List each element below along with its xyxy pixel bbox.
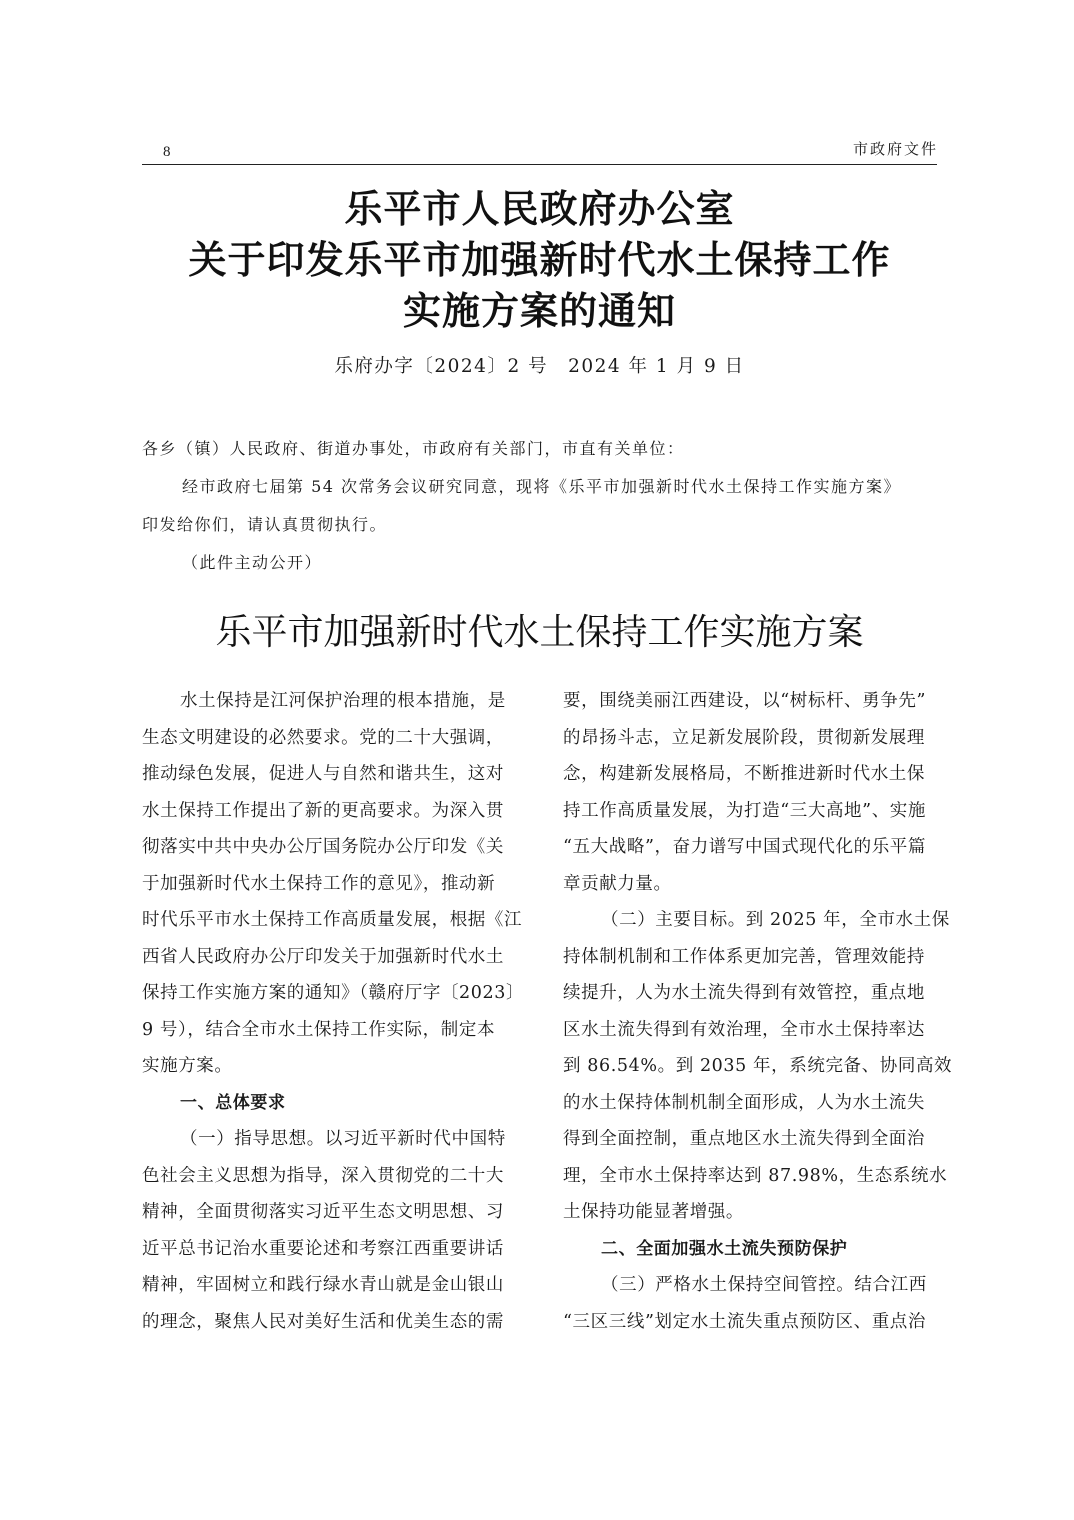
paragraph-line: 区水土流失得到有效治理，全市水土保持率达 bbox=[563, 1012, 943, 1049]
page-number: 8 bbox=[163, 144, 171, 161]
paragraph-line: 要，围绕美丽江西建设，以“树标杆、勇争先” bbox=[563, 683, 943, 720]
paragraph-line: （一）指导思想。以习近平新时代中国特 bbox=[142, 1121, 528, 1158]
paragraph-line: 保持工作实施方案的通知》（赣府厅字〔2023〕 bbox=[142, 975, 528, 1012]
section-heading: 二、全面加强水土流失预防保护 bbox=[563, 1231, 943, 1268]
disclosure-note: （此件主动公开） bbox=[142, 544, 942, 582]
paragraph-line: 念，构建新发展格局，不断推进新时代水土保 bbox=[563, 756, 943, 793]
paragraph-line: 生态文明建设的必然要求。党的二十大强调， bbox=[142, 720, 528, 757]
paragraph-line: 持工作高质量发展，为打造“三大高地”、实施 bbox=[563, 793, 943, 830]
notice-body-line: 印发给你们，请认真贯彻执行。 bbox=[142, 506, 942, 544]
paragraph-line: 到 86.54%。到 2035 年，系统完备、协同高效 bbox=[563, 1048, 943, 1085]
right-column: 要，围绕美丽江西建设，以“树标杆、勇争先”的昂扬斗志，立足新发展阶段，贯彻新发展… bbox=[563, 683, 943, 1340]
notice-title: 乐平市人民政府办公室 关于印发乐平市加强新时代水土保持工作 实施方案的通知 bbox=[142, 183, 937, 336]
paragraph-line: 时代乐平市水土保持工作高质量发展，根据《江 bbox=[142, 902, 528, 939]
notice-body-line: 经市政府七届第 54 次常务会议研究同意，现将《乐平市加强新时代水土保持工作实施… bbox=[142, 468, 942, 506]
header-section-label: 市政府文件 bbox=[853, 138, 938, 159]
left-column: 水土保持是江河保护治理的根本措施，是生态文明建设的必然要求。党的二十大强调，推动… bbox=[142, 683, 528, 1340]
plan-title: 乐平市加强新时代水土保持工作实施方案 bbox=[142, 604, 937, 655]
paragraph-line: 精神，牢固树立和践行绿水青山就是金山银山 bbox=[142, 1267, 528, 1304]
paragraph-line: “五大战略”，奋力谱写中国式现代化的乐平篇 bbox=[563, 829, 943, 866]
paragraph-line: （三）严格水土保持空间管控。结合江西 bbox=[563, 1267, 943, 1304]
paragraph-line: 得到全面控制，重点地区水土流失得到全面治 bbox=[563, 1121, 943, 1158]
paragraph-line: 实施方案。 bbox=[142, 1048, 528, 1085]
section-heading: 一、总体要求 bbox=[142, 1085, 528, 1122]
paragraph-line: 西省人民政府办公厅印发关于加强新时代水土 bbox=[142, 939, 528, 976]
notice-body: 各乡（镇）人民政府、街道办事处，市政府有关部门，市直有关单位： 经市政府七届第 … bbox=[142, 430, 942, 582]
paragraph-line: 推动绿色发展，促进人与自然和谐共生，这对 bbox=[142, 756, 528, 793]
notice-title-line: 乐平市人民政府办公室 bbox=[142, 183, 937, 234]
paragraph-line: 续提升，人为水土流失得到有效管控，重点地 bbox=[563, 975, 943, 1012]
paragraph-line: 9 号），结合全市水土保持工作实际，制定本 bbox=[142, 1012, 528, 1049]
paragraph-line: （二）主要目标。到 2025 年，全市水土保 bbox=[563, 902, 943, 939]
paragraph-line: 色社会主义思想为指导，深入贯彻党的二十大 bbox=[142, 1158, 528, 1195]
header-rule bbox=[142, 164, 937, 165]
notice-title-line: 实施方案的通知 bbox=[142, 285, 937, 336]
paragraph-line: 于加强新时代水土保持工作的意见》，推动新 bbox=[142, 866, 528, 903]
paragraph-line: 水土保持是江河保护治理的根本措施，是 bbox=[142, 683, 528, 720]
paragraph-line: 理，全市水土保持率达到 87.98%，生态系统水 bbox=[563, 1158, 943, 1195]
addressee: 各乡（镇）人民政府、街道办事处，市政府有关部门，市直有关单位： bbox=[142, 430, 942, 468]
paragraph-line: 的昂扬斗志，立足新发展阶段，贯彻新发展理 bbox=[563, 720, 943, 757]
notice-title-line: 关于印发乐平市加强新时代水土保持工作 bbox=[142, 234, 937, 285]
paragraph-line: “三区三线”划定水土流失重点预防区、重点治 bbox=[563, 1304, 943, 1341]
paragraph-line: 持体制机制和工作体系更加完善，管理效能持 bbox=[563, 939, 943, 976]
paragraph-line: 水土保持工作提出了新的更高要求。为深入贯 bbox=[142, 793, 528, 830]
paragraph-line: 的理念，聚焦人民对美好生活和优美生态的需 bbox=[142, 1304, 528, 1341]
paragraph-line: 章贡献力量。 bbox=[563, 866, 943, 903]
paragraph-line: 彻落实中共中央办公厅国务院办公厅印发《关 bbox=[142, 829, 528, 866]
paragraph-line: 土保持功能显著增强。 bbox=[563, 1194, 943, 1231]
document-number: 乐府办字〔2024〕2 号 2024 年 1 月 9 日 bbox=[142, 352, 937, 378]
paragraph-line: 精神，全面贯彻落实习近平生态文明思想、习 bbox=[142, 1194, 528, 1231]
paragraph-line: 的水土保持体制机制全面形成，人为水土流失 bbox=[563, 1085, 943, 1122]
paragraph-line: 近平总书记治水重要论述和考察江西重要讲话 bbox=[142, 1231, 528, 1268]
